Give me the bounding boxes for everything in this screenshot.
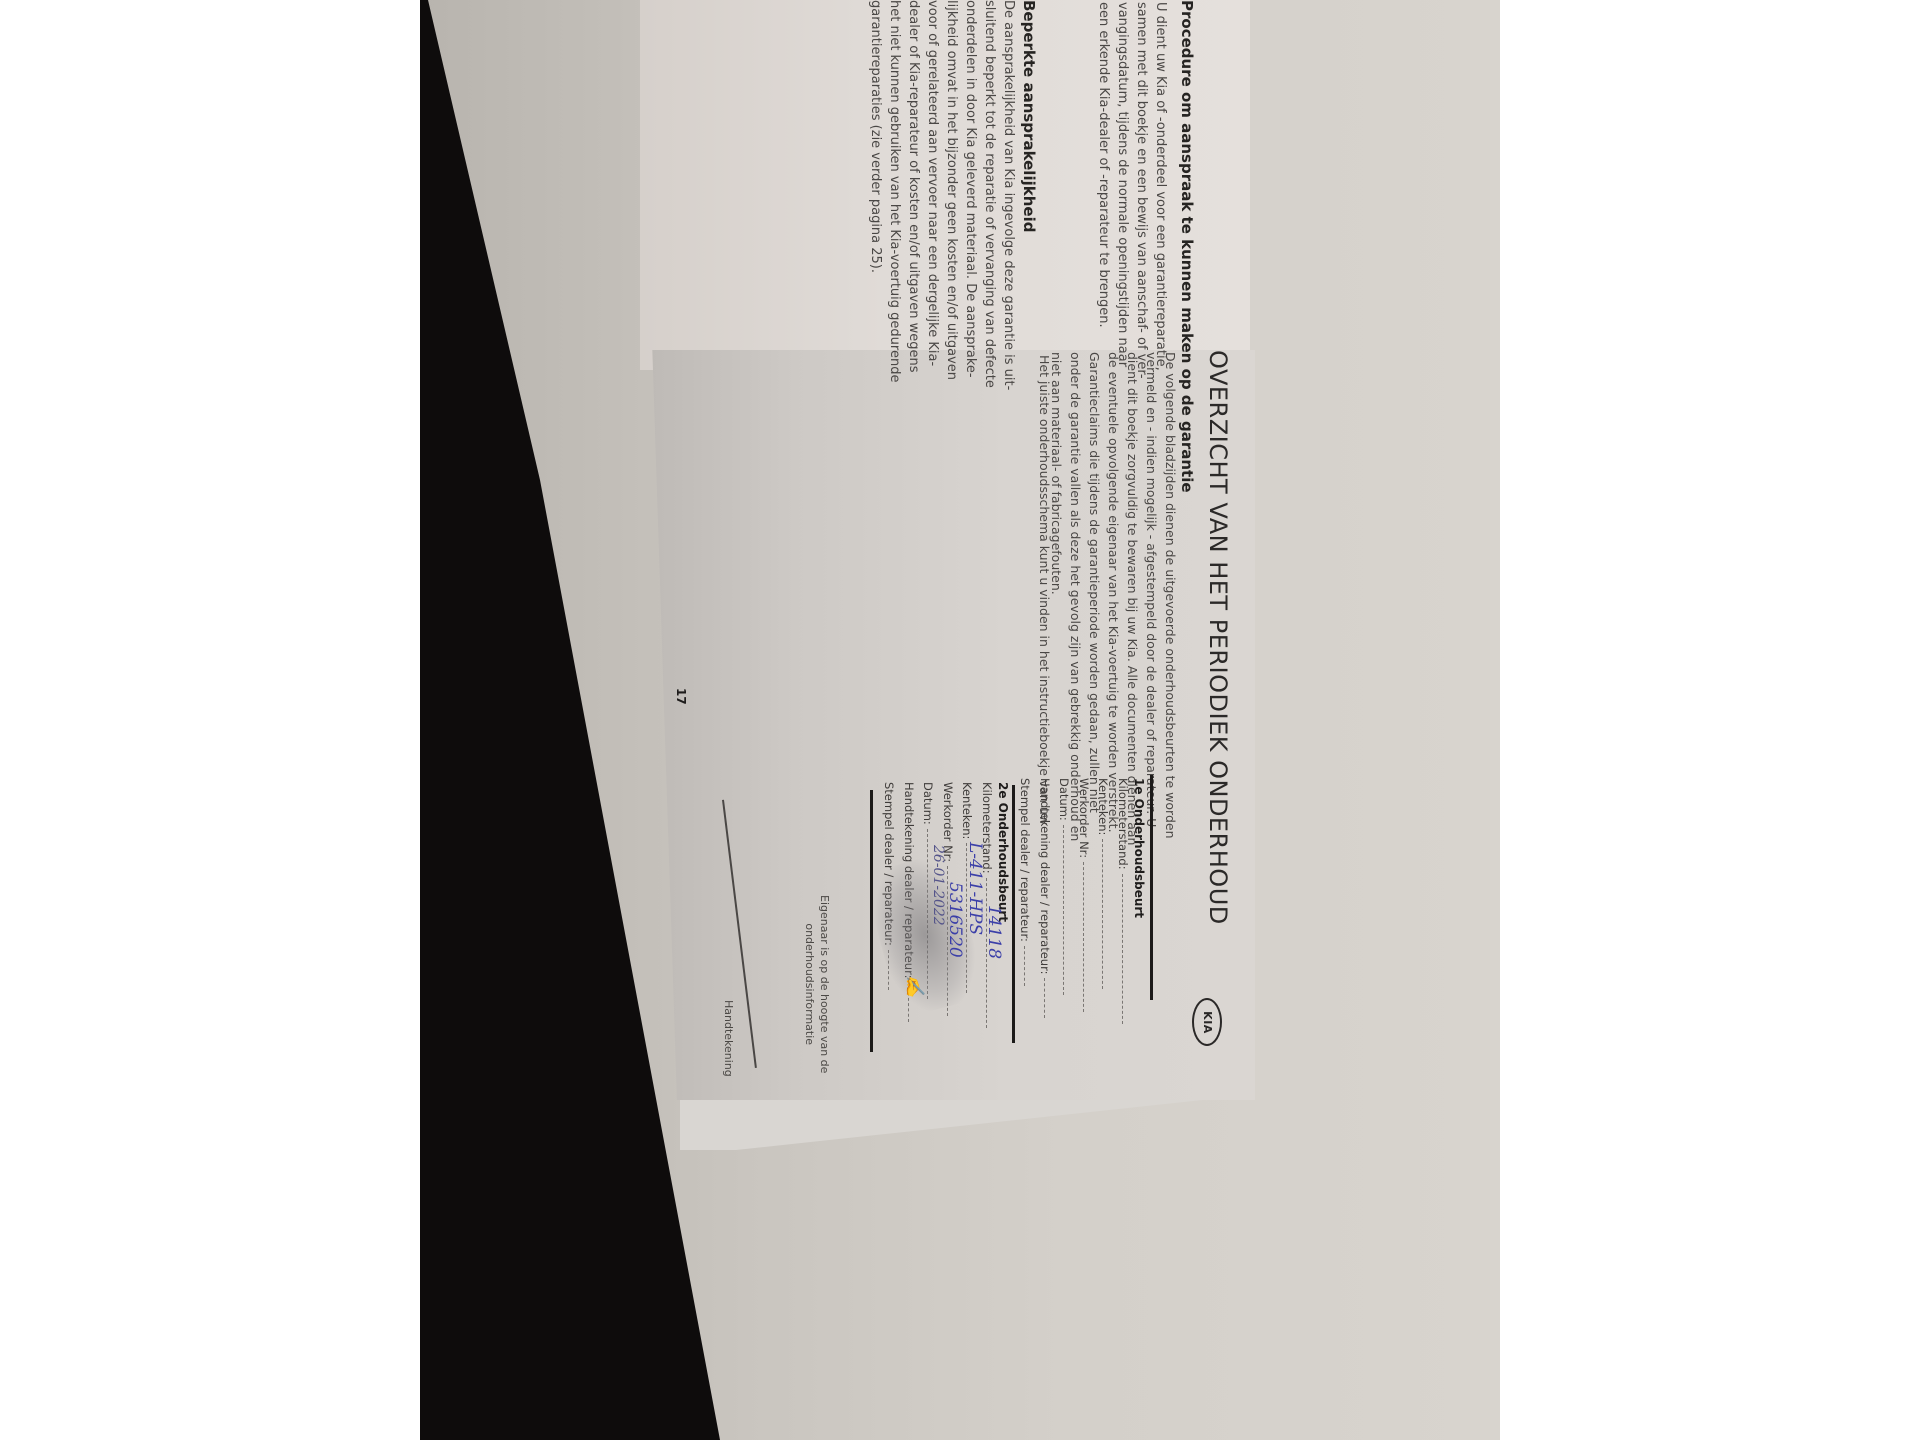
intro-text: De volgende bladzijden dienen de uitgevo… [1047,352,1180,845]
page-title: OVERZICHT VAN HET PERIODIEK ONDERHOUD [1204,350,1232,925]
owner-note: Eigenaar is op de hoogte van de onderhou… [802,895,832,1073]
schedule-note: Het juiste onderhoudsschema kunt u vinde… [1035,355,1054,825]
section1-body: U dient uw Kia of -onderdeel voor een ga… [1094,2,1170,379]
handwritten-kenteken: L-411-HPS [965,842,985,935]
page-number: 17 [674,688,688,705]
section-heading-aansprakelijkheid: Beperkte aansprakelijkheid [1020,0,1038,232]
kia-logo-icon: KIA [1192,998,1222,1046]
handwritten-werkorder: 5316520 [945,882,965,958]
service1-field-km[interactable]: Kilometerstand: [1113,778,1133,1024]
handwritten-km: 14118 [984,905,1004,959]
section2-heading-wrap: Beperkte aansprakelijkheid [1020,0,1038,232]
signature-label-wrap: Handtekening [721,1000,736,1077]
handwritten-datum: 26-01-2022 [930,845,946,926]
handwritten-signature: ✍ [904,975,925,997]
service1-field-datum[interactable]: Datum: [1054,778,1074,1024]
page-number-wrap: 17 [674,688,688,705]
service1-block: 1e Onderhoudsbeurt Kilometerstand: Kente… [1015,778,1146,1024]
section2-body: De aansprakelijkheid van Kia ingevolge d… [866,0,1018,390]
service1-field-handtekening[interactable]: Handtekening dealer / reparateur: [1035,778,1055,1024]
service2-bottom-rule [870,790,873,1052]
service1-field-kenteken[interactable]: Kenteken: [1093,778,1113,1024]
section-heading-garantie: Procedure om aanspraak te kunnen maken o… [1178,0,1196,493]
service1-field-werkorder[interactable]: Werkorder Nr: [1074,778,1094,1024]
service2-rule [1012,785,1015,1043]
service1-rule [1150,775,1153,1000]
signature-label: Handtekening [721,1000,736,1077]
service1-field-stempel[interactable]: Stempel dealer / reparateur: [1015,778,1035,1024]
right-page-title-wrap: OVERZICHT VAN HET PERIODIEK ONDERHOUD [1204,350,1232,925]
left-page-section1: Procedure om aanspraak te kunnen maken o… [1178,0,1196,493]
service1-heading: 1e Onderhoudsbeurt [1132,778,1146,1024]
